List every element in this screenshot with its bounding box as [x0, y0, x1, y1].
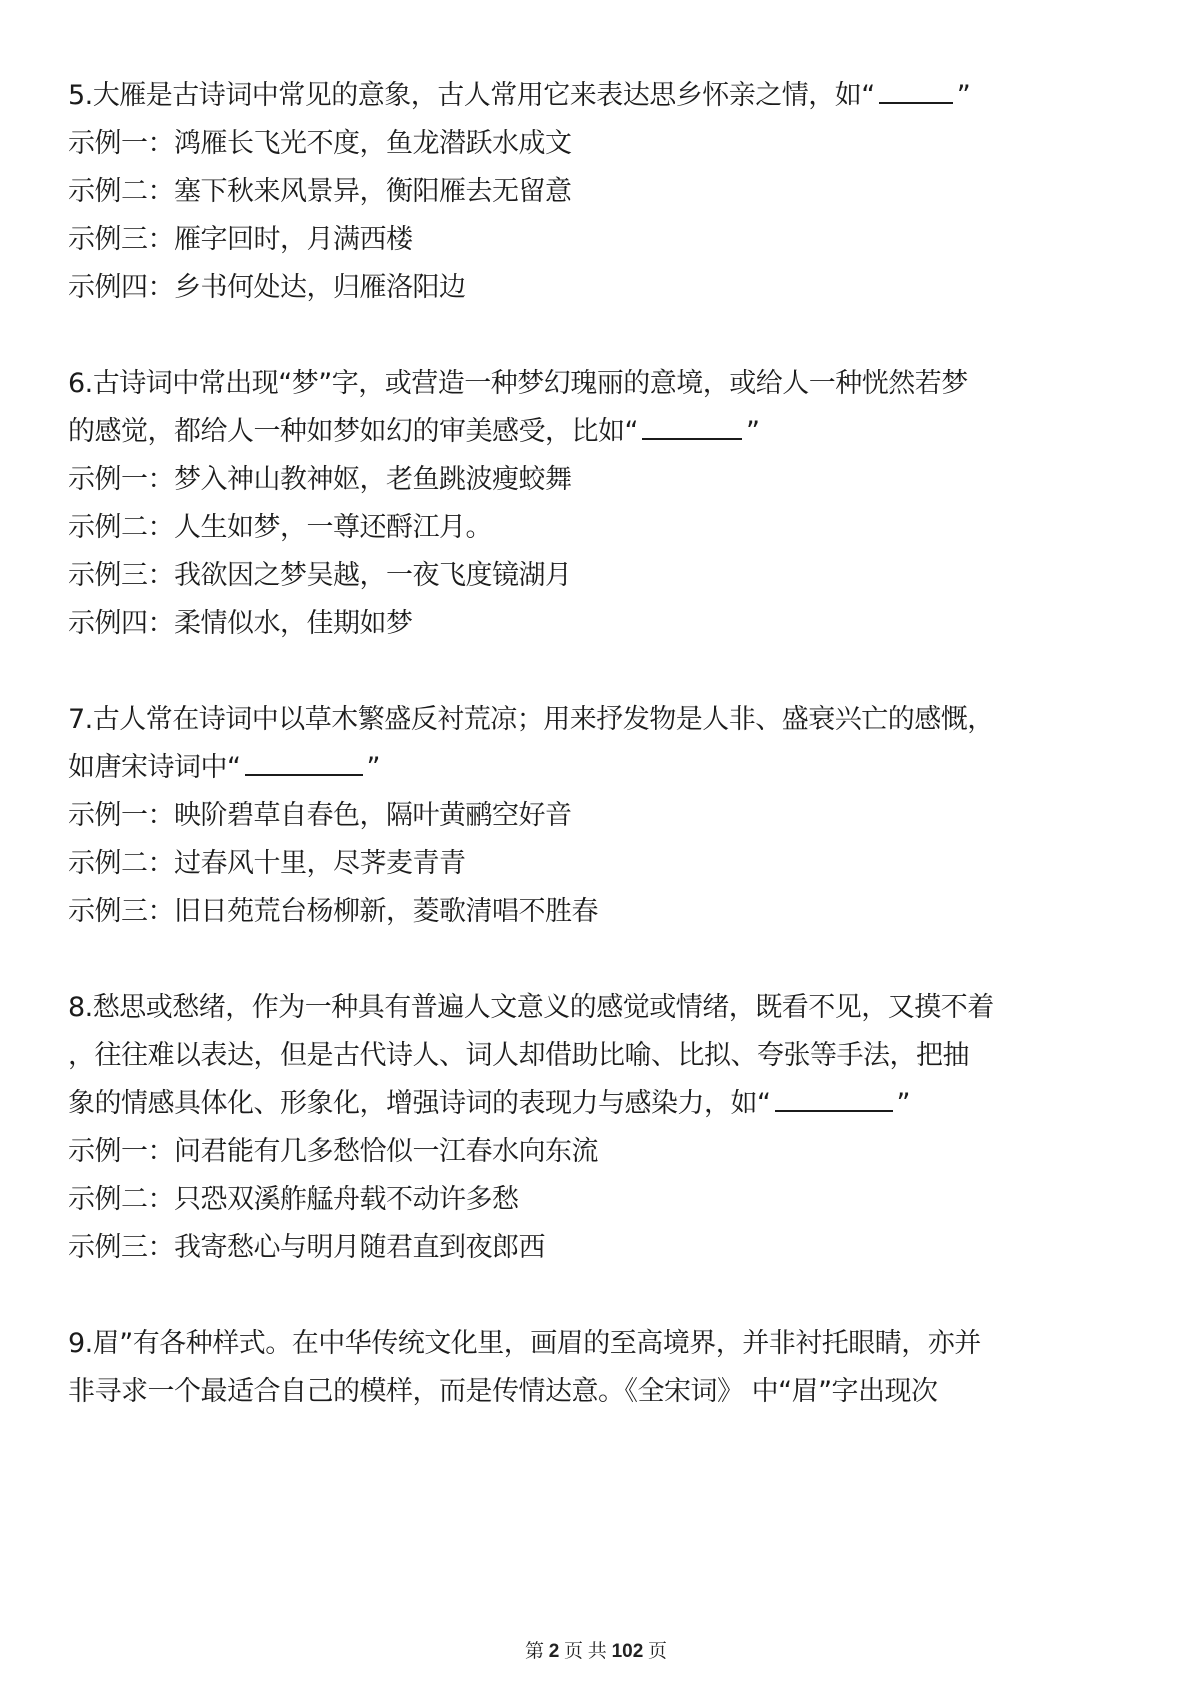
- question-5: 5.大雁是古诗词中常见的意象，古人常用它来表达思乡怀亲之情，如“” 示例一：鸿雁…: [68, 72, 1128, 312]
- question-text: 7.古人常在诗词中以草木繁盛反衬荒凉；用来抒发物是人非、盛衰兴亡的感慨，: [68, 696, 1128, 744]
- example-line: 示例三：旧日苑荒台杨柳新，菱歌清唱不胜春: [68, 888, 1128, 936]
- example-line: 示例二：过春风十里，尽荠麦青青: [68, 840, 1128, 888]
- total-pages-number: 102: [612, 1641, 644, 1662]
- document-page: 5.大雁是古诗词中常见的意象，古人常用它来表达思乡怀亲之情，如“” 示例一：鸿雁…: [68, 72, 1128, 1464]
- question-8-prompt: 象的情感具体化、形象化，增强诗词的表现力与感染力，如“”: [68, 1080, 1128, 1128]
- example-line: 示例一：问君能有几多愁恰似一江春水向东流: [68, 1128, 1128, 1176]
- example-line: 示例二：塞下秋来风景异，衡阳雁去无留意: [68, 168, 1128, 216]
- question-text: 9.眉”有各种样式。在中华传统文化里，画眉的至高境界，并非衬托眼睛，亦并: [68, 1320, 1128, 1368]
- example-line: 示例四：乡书何处达，归雁洛阳边: [68, 264, 1128, 312]
- question-7: 7.古人常在诗词中以草木繁盛反衬荒凉；用来抒发物是人非、盛衰兴亡的感慨， 如唐宋…: [68, 696, 1128, 936]
- question-text: 8.愁思或愁绪，作为一种具有普遍人文意义的感觉或情绪，既看不见，又摸不着: [68, 984, 1128, 1032]
- question-6-prompt: 的感觉，都给人一种如梦如幻的审美感受，比如“”: [68, 408, 1128, 456]
- example-line: 示例二：只恐双溪舴艋舟载不动许多愁: [68, 1176, 1128, 1224]
- question-text: 的感觉，都给人一种如梦如幻的审美感受，比如“: [68, 416, 638, 447]
- question-9: 9.眉”有各种样式。在中华传统文化里，画眉的至高境界，并非衬托眼睛，亦并 非寻求…: [68, 1320, 1128, 1416]
- question-6: 6.古诗词中常出现“梦”字，或营造一种梦幻瑰丽的意境，或给人一种恍然若梦 的感觉…: [68, 360, 1128, 648]
- answer-blank: [245, 744, 363, 776]
- question-text: 如唐宋诗词中“: [68, 752, 241, 783]
- question-text: ，往往难以表达，但是古代诗人、词人却借助比喻、比拟、夸张等手法，把抽: [68, 1032, 1128, 1080]
- question-text: 象的情感具体化、形象化，增强诗词的表现力与感染力，如“: [68, 1088, 771, 1119]
- closing-quote: ”: [957, 80, 971, 111]
- answer-blank: [775, 1080, 893, 1112]
- closing-quote: ”: [367, 752, 381, 783]
- example-line: 示例一：梦入神山教神妪，老鱼跳波瘦蛟舞: [68, 456, 1128, 504]
- example-line: 示例三：我寄愁心与明月随君直到夜郎西: [68, 1224, 1128, 1272]
- closing-quote: ”: [897, 1088, 911, 1119]
- page-footer: 第 2 页 共 102 页: [0, 1636, 1192, 1663]
- current-page-number: 2: [549, 1641, 560, 1662]
- question-8: 8.愁思或愁绪，作为一种具有普遍人文意义的感觉或情绪，既看不见，又摸不着 ，往往…: [68, 984, 1128, 1272]
- question-5-prompt: 5.大雁是古诗词中常见的意象，古人常用它来表达思乡怀亲之情，如“”: [68, 72, 1128, 120]
- closing-quote: ”: [746, 416, 760, 447]
- footer-prefix: 第: [525, 1641, 544, 1662]
- example-line: 示例三：我欲因之梦吴越，一夜飞度镜湖月: [68, 552, 1128, 600]
- example-line: 示例三：雁字回时，月满西楼: [68, 216, 1128, 264]
- example-line: 示例二：人生如梦，一尊还酹江月。: [68, 504, 1128, 552]
- answer-blank: [879, 72, 953, 104]
- footer-suffix: 页: [648, 1641, 667, 1662]
- example-line: 示例四：柔情似水，佳期如梦: [68, 600, 1128, 648]
- footer-middle: 页 共: [564, 1641, 607, 1662]
- example-line: 示例一：鸿雁长飞光不度，鱼龙潜跃水成文: [68, 120, 1128, 168]
- question-text: 6.古诗词中常出现“梦”字，或营造一种梦幻瑰丽的意境，或给人一种恍然若梦: [68, 360, 1128, 408]
- question-7-prompt: 如唐宋诗词中“”: [68, 744, 1128, 792]
- example-line: 示例一：映阶碧草自春色，隔叶黄鹂空好音: [68, 792, 1128, 840]
- question-text: 非寻求一个最适合自己的模样，而是传情达意。《全宋词》 中“眉”字出现次: [68, 1368, 1128, 1416]
- question-text: 5.大雁是古诗词中常见的意象，古人常用它来表达思乡怀亲之情，如“: [68, 80, 875, 111]
- answer-blank: [642, 408, 742, 440]
